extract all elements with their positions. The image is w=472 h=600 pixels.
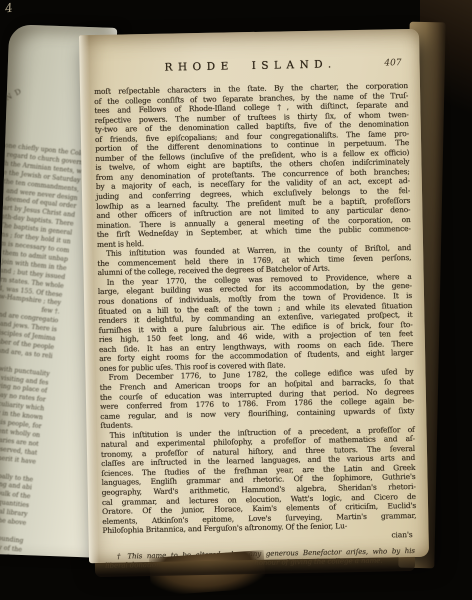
left-running-title: ISLAND <box>0 85 26 119</box>
book-page: RHODE ISLAND. 407 moſt reſpectable chara… <box>79 29 429 563</box>
running-title: RHODE ISLAND. <box>93 57 407 75</box>
paragraph: In the year 1770, the college was remove… <box>98 272 414 373</box>
left-page-fragments: nd, one chiefly upon the Coldin regard t… <box>0 137 85 557</box>
paragraph: This inſtitution is under the inſtructio… <box>101 425 417 536</box>
paragraph: From December 1776, to June 1782, the co… <box>99 367 414 430</box>
book-photo: 4 ISLAND nd, one chiefly upon the Coldin… <box>0 0 472 600</box>
pen-mark: 4 <box>4 1 14 16</box>
paragraph: moſt reſpectable characters in the ſtate… <box>94 81 411 249</box>
body-text: moſt reſpectable characters in the ſtate… <box>94 81 417 536</box>
page-number: 407 <box>384 58 401 68</box>
page-header: RHODE ISLAND. 407 <box>93 57 407 79</box>
